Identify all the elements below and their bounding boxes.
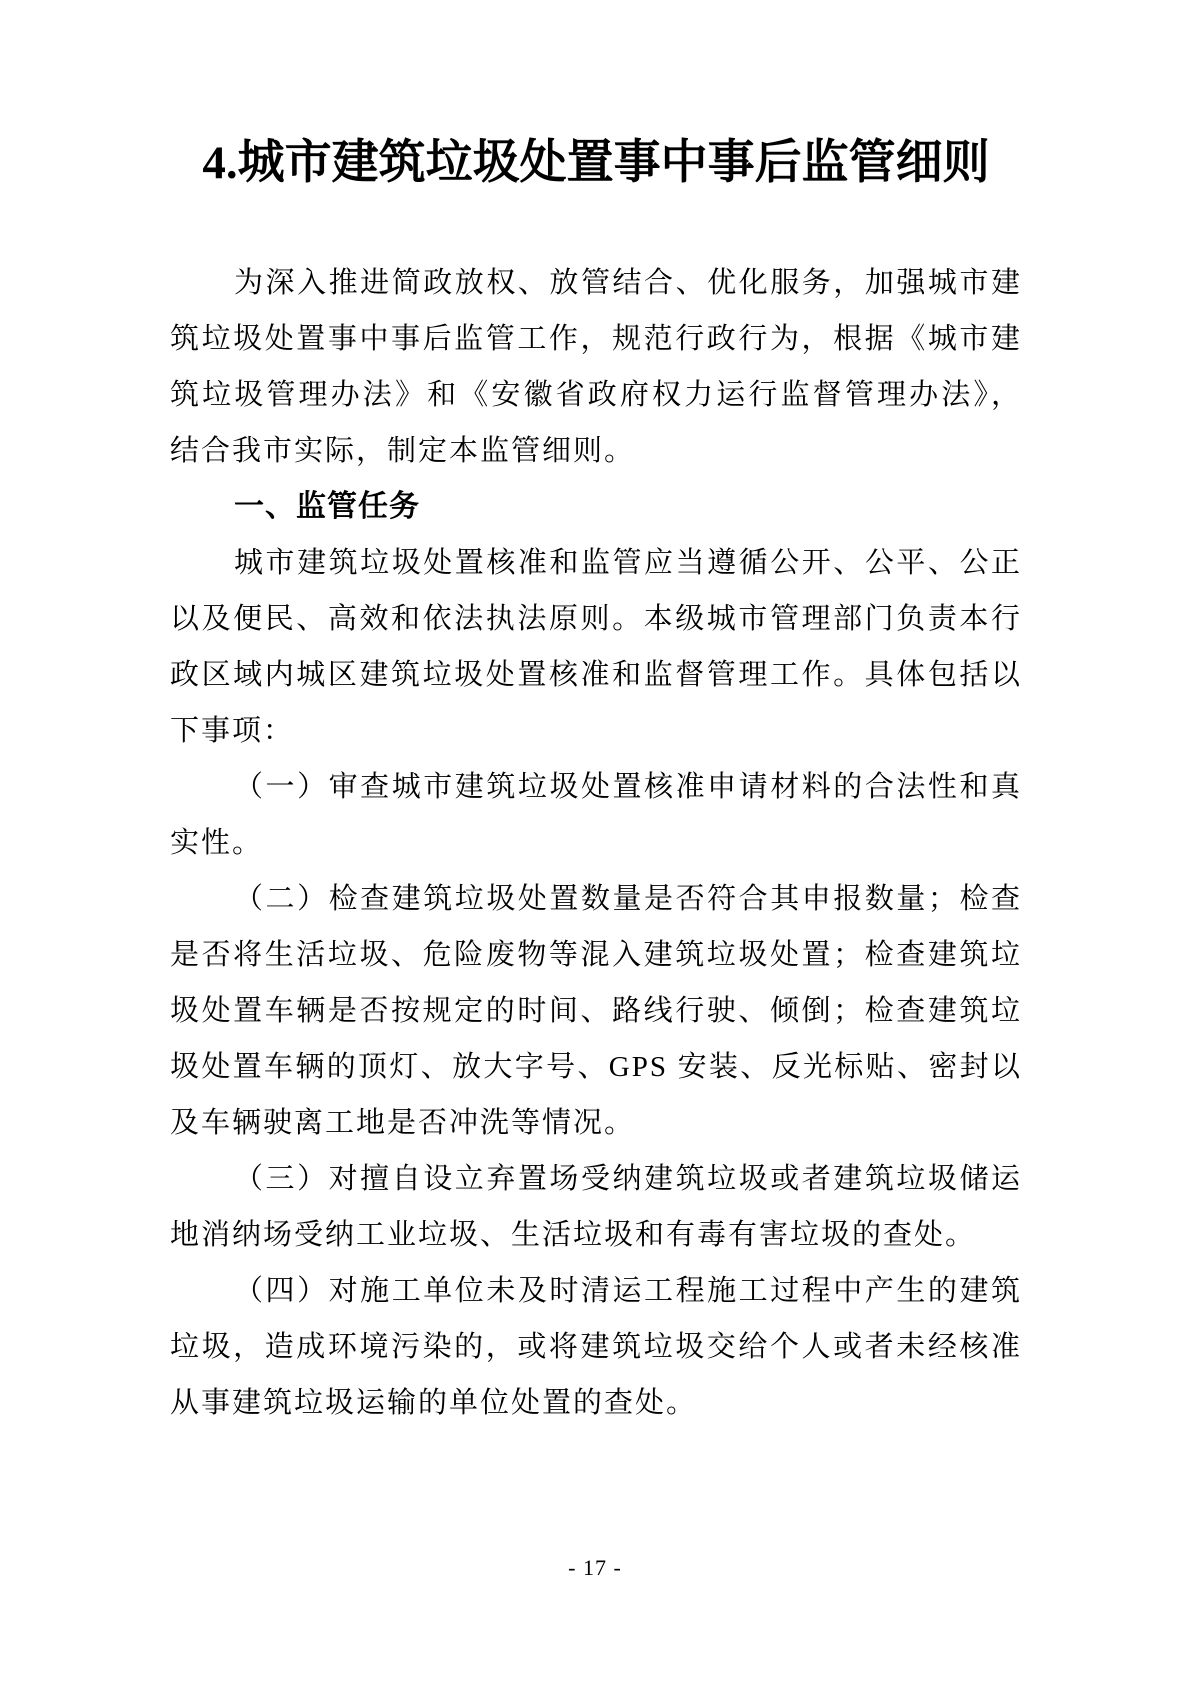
document-page: 4.城市建筑垃圾处置事中事后监管细则 为深入推进简政放权、放管结合、优化服务，加… bbox=[0, 0, 1190, 1683]
paragraph-item-4: （四）对施工单位未及时清运工程施工过程中产生的建筑垃圾，造成环境污染的，或将建筑… bbox=[170, 1263, 1022, 1431]
document-title: 4.城市建筑垃圾处置事中事后监管细则 bbox=[170, 125, 1022, 201]
paragraph-principles: 城市建筑垃圾处置核准和监管应当遵循公开、公平、公正以及便民、高效和依法执法原则。… bbox=[170, 535, 1022, 759]
paragraph-item-1: （一）审查城市建筑垃圾处置核准申请材料的合法性和真实性。 bbox=[170, 759, 1022, 871]
paragraph-intro: 为深入推进简政放权、放管结合、优化服务，加强城市建筑垃圾处置事中事后监管工作，规… bbox=[170, 255, 1022, 479]
document-content: 4.城市建筑垃圾处置事中事后监管细则 为深入推进简政放权、放管结合、优化服务，加… bbox=[0, 0, 1190, 1431]
page-number: - 17 - bbox=[0, 1553, 1190, 1583]
paragraph-item-3: （三）对擅自设立弃置场受纳建筑垃圾或者建筑垃圾储运地消纳场受纳工业垃圾、生活垃圾… bbox=[170, 1151, 1022, 1263]
section-heading-supervision-tasks: 一、监管任务 bbox=[170, 479, 1022, 535]
paragraph-item-2: （二）检查建筑垃圾处置数量是否符合其申报数量；检查是否将生活垃圾、危险废物等混入… bbox=[170, 871, 1022, 1151]
